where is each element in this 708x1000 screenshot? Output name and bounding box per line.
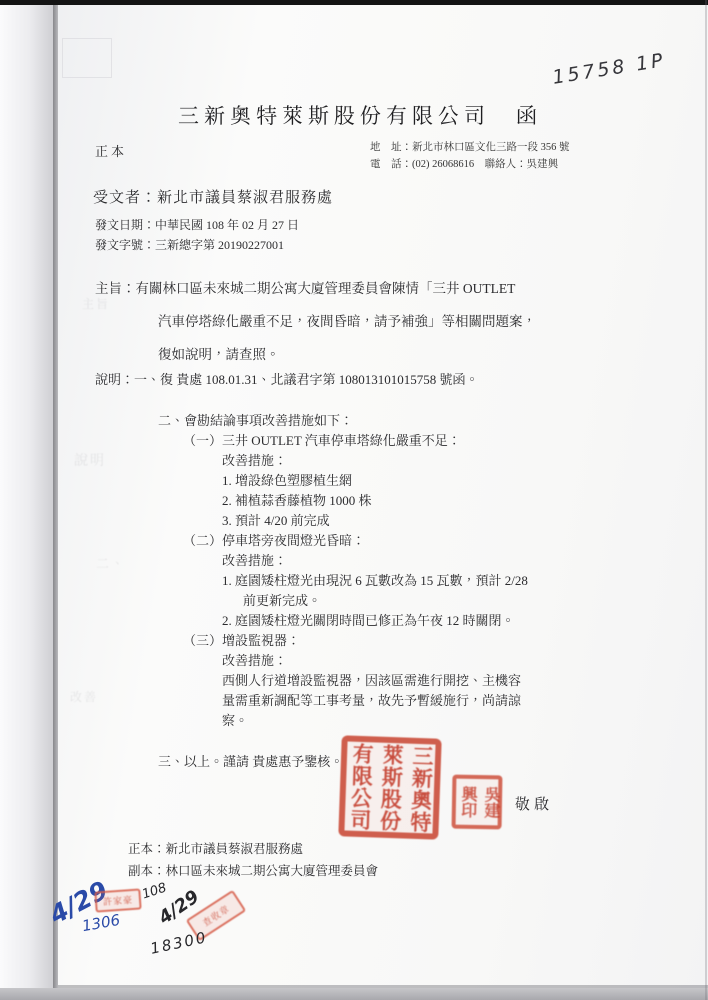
- doc-line: 察。: [95, 711, 605, 731]
- cc-copy-line: 副本：林口區未來城二期公寓大廈管理委員會: [128, 861, 378, 879]
- issue-date-line: 發文日期：中華民國 108 年 02 月 27 日: [95, 216, 299, 233]
- explanation-section: 說明：一、復 貴處 108.01.31、北議君字第 10801310101575…: [95, 370, 605, 772]
- doc-line: 復如說明，請查照。: [95, 338, 595, 371]
- seal-column: 三新奧特: [404, 744, 437, 833]
- scan-edge-right: [705, 0, 707, 1000]
- scanned-letter-page: 主旨說明二、改善 15758 1P 三新奧特萊斯股份有限公司 函 正本 地 址：…: [0, 0, 708, 1000]
- doc-line: 主旨：有關林口區未來城二期公寓大廈管理委員會陳情「三井 OUTLET: [95, 272, 595, 305]
- bleedthrough-fragment: 改善: [70, 688, 98, 705]
- recipient-line: 受文者：新北市議員蔡淑君服務處: [93, 186, 333, 207]
- doc-line: 改善措施：: [95, 451, 605, 471]
- bleedthrough-stamp-ghost: [62, 38, 112, 78]
- cc-original-line: 正本：新北市議員蔡淑君服務處: [128, 839, 303, 857]
- seal-column: 吳建: [479, 786, 503, 818]
- doc-number-line: 發文字號：三新總字第 20190227001: [95, 236, 284, 253]
- doc-line: 量需重新調配等工事考量，故先予暫緩施行，尚請諒: [95, 691, 605, 711]
- doc-line: 改善措施：: [95, 551, 605, 571]
- closing-salutation: 敬啟: [515, 793, 553, 814]
- personal-seal-stamp: 吳建興印: [452, 775, 503, 830]
- scan-margin-left: [0, 5, 53, 988]
- sender-contact-block: 地 址：新北市林口區文化三路一段 356 號 電 話：(02) 26068616…: [370, 139, 570, 173]
- sender-address: 地 址：新北市林口區文化三路一段 356 號: [370, 139, 570, 156]
- doc-line: 2. 補植蒜香藤植物 1000 株: [95, 491, 605, 511]
- doc-line: 改善措施：: [95, 651, 605, 671]
- doc-line: （一）三井 OUTLET 汽車停車塔綠化嚴重不足：: [95, 431, 605, 451]
- subject-section: 主旨：有關林口區未來城二期公寓大廈管理委員會陳情「三井 OUTLET汽車停塔綠化…: [95, 272, 595, 371]
- doc-line: 1. 增設綠色塑膠植生網: [95, 471, 605, 491]
- receipt-name-stamp-left: 許家豪: [94, 888, 141, 912]
- company-seal-stamp: 三新奧特萊斯股份有限公司: [338, 735, 441, 839]
- doc-line: 說明：一、復 貴處 108.01.31、北議君字第 10801310101575…: [95, 370, 605, 390]
- sender-phone: 電 話：(02) 26068616 聯絡人：吳建興: [370, 156, 570, 173]
- doc-line: 3. 預計 4/20 前完成: [95, 511, 605, 531]
- doc-line: （二）停車塔旁夜間燈光昏暗：: [95, 531, 605, 551]
- seal-column: 興印: [456, 786, 480, 818]
- doc-line: 2. 庭園矮柱燈光關閉時間已修正為午夜 12 時關閉。: [95, 611, 605, 631]
- doc-line: 西側人行道增設監視器，因該區需進行開挖、主機容: [95, 671, 605, 691]
- seal-column: 有限公司: [344, 742, 377, 831]
- seal-column: 萊斯股份: [374, 743, 407, 832]
- doc-line: （三）增設監視器：: [95, 631, 605, 651]
- letter-title: 三新奧特萊斯股份有限公司 函: [110, 100, 610, 130]
- scan-edge-bottom: [0, 988, 708, 1000]
- doc-line: 汽車停塔綠化嚴重不足，夜間昏暗，請予補強」等相關問題案，: [95, 305, 595, 338]
- doc-line: 前更新完成。: [95, 591, 605, 611]
- copy-type-label: 正本: [95, 141, 127, 160]
- doc-line: 二、會勘結論事項改善措施如下：: [95, 411, 605, 431]
- doc-line: 1. 庭園矮柱燈光由現況 6 瓦數改為 15 瓦數，預計 2/28: [95, 571, 605, 591]
